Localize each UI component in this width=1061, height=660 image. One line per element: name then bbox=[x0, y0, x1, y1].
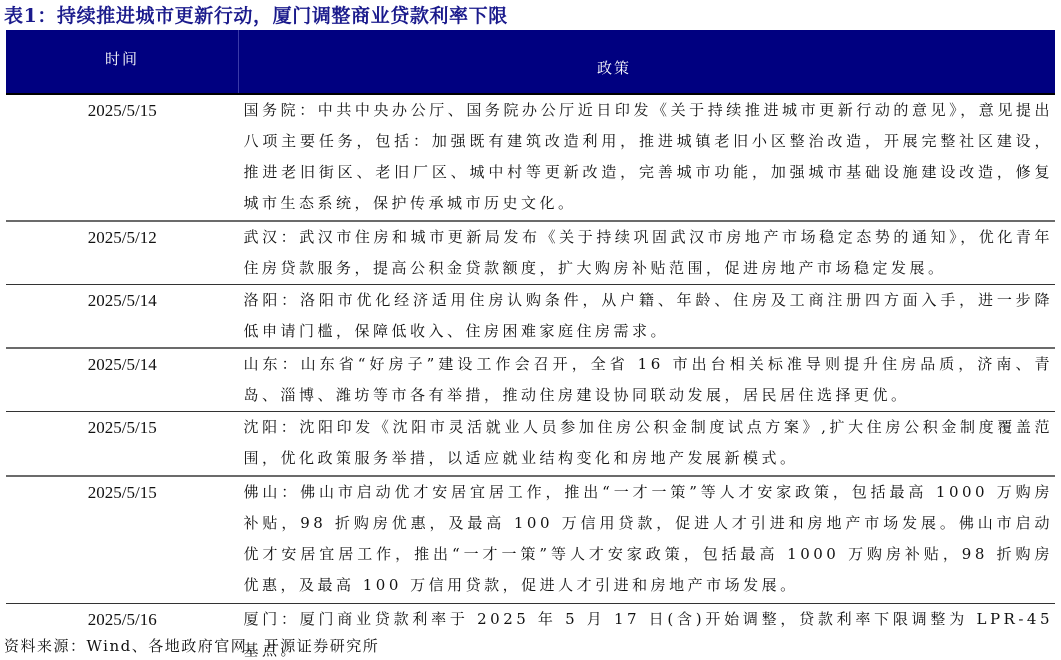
table-row: 2025/5/15 国务院：中共中央办公厅、国务院办公厅近日印发《关于持续推进城… bbox=[6, 94, 1055, 221]
header-time-label: 时间 bbox=[105, 50, 139, 68]
row-date: 2025/5/15 bbox=[6, 94, 239, 221]
header-time: 时间 bbox=[6, 30, 239, 94]
row-policy: 洛阳：洛阳市优化经济适用住房认购条件，从户籍、年龄、住房及工商注册四方面入手，进… bbox=[239, 285, 1056, 349]
row-policy: 佛山：佛山市启动优才安居宜居工作，推出“一才一策”等人才安家政策，包括最高 10… bbox=[239, 476, 1056, 604]
row-policy: 武汉：武汉市住房和城市更新局发布《关于持续巩固武汉市房地产市场稳定态势的通知》，… bbox=[239, 221, 1056, 285]
row-policy: 山东：山东省“好房子”建设工作会召开，全省 16 市出台相关标准导则提升住房品质… bbox=[239, 348, 1056, 412]
row-policy: 沈阳：沈阳印发《沈阳市灵活就业人员参加住房公积金制度试点方案》,扩大住房公积金制… bbox=[239, 412, 1056, 476]
header-policy-label: 政策 bbox=[597, 59, 631, 77]
table-row: 2025/5/15 佛山：佛山市启动优才安居宜居工作，推出“一才一策”等人才安家… bbox=[6, 476, 1055, 604]
source-note: 资料来源：Wind、各地政府官网、开源证券研究所 bbox=[4, 633, 379, 659]
table-row: 2025/5/14 山东：山东省“好房子”建设工作会召开，全省 16 市出台相关… bbox=[6, 348, 1055, 412]
policy-table: 时间 政策 2025/5/15 国务院：中共中央办公厅、国务院办公厅近日印发《关… bbox=[6, 30, 1055, 660]
header-policy: 政策 bbox=[239, 30, 1056, 94]
row-date: 2025/5/15 bbox=[6, 412, 239, 476]
table-header-row: 时间 政策 bbox=[6, 30, 1055, 94]
table-row: 2025/5/14 洛阳：洛阳市优化经济适用住房认购条件，从户籍、年龄、住房及工… bbox=[6, 285, 1055, 349]
row-policy: 国务院：中共中央办公厅、国务院办公厅近日印发《关于持续推进城市更新行动的意见》，… bbox=[239, 94, 1056, 221]
table-title: 表1：持续推进城市更新行动，厦门调整商业贷款利率下限 bbox=[4, 3, 508, 29]
table-row: 2025/5/12 武汉：武汉市住房和城市更新局发布《关于持续巩固武汉市房地产市… bbox=[6, 221, 1055, 285]
row-date: 2025/5/12 bbox=[6, 221, 239, 285]
row-date: 2025/5/15 bbox=[6, 476, 239, 604]
row-date: 2025/5/14 bbox=[6, 285, 239, 349]
table-row: 2025/5/15 沈阳：沈阳印发《沈阳市灵活就业人员参加住房公积金制度试点方案… bbox=[6, 412, 1055, 476]
row-date: 2025/5/14 bbox=[6, 348, 239, 412]
